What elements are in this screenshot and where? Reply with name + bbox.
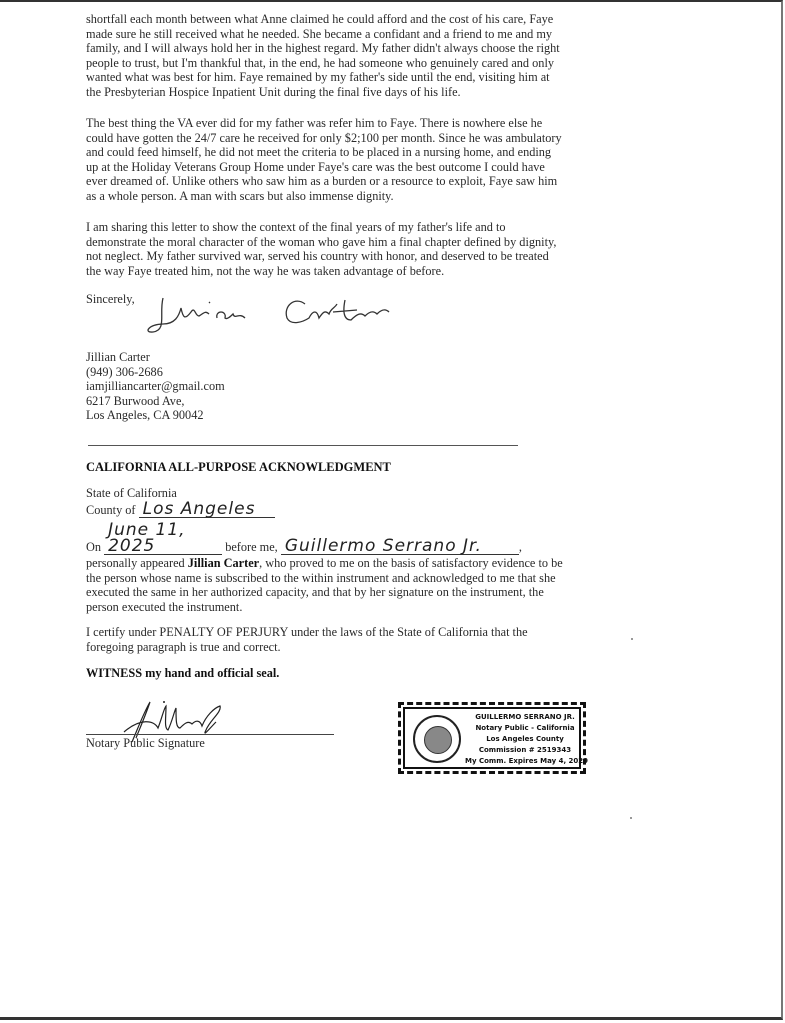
section-divider [88,445,518,446]
signer-name: Jillian Carter [86,350,566,365]
comma: , [519,540,522,554]
signer-email: iamjilliancarter@gmail.com [86,379,566,394]
signer-contact-block: Jillian Carter (949) 306-2686 iamjillian… [86,350,566,423]
county-line: County of Los Angeles [86,501,566,518]
stamp-line-name: GUILLERMO SERRANO JR. [465,712,585,723]
county-value: Los Angeles [139,501,275,518]
signer-street: 6217 Burwood Ave, [86,394,566,409]
venue-block: State of California County of Los Angele… [86,486,566,555]
signer-city: Los Angeles, CA 90042 [86,408,566,423]
signer-phone: (949) 306-2686 [86,365,566,380]
on-label: On [86,540,101,554]
letter-paragraph-3: I am sharing this letter to show the con… [86,220,566,278]
appeared-name: Jillian Carter [188,556,259,570]
notary-name-value: Guillermo Serrano Jr. [281,538,519,555]
letter-paragraph-2: The best thing the VA ever did for my fa… [86,116,566,204]
date-line: On June 11, 2025 before me, Guillermo Se… [86,522,566,555]
handwritten-signature [145,290,425,340]
letter-paragraph-1: shortfall each month between what Anne c… [86,12,566,100]
notary-stamp-text: GUILLERMO SERRANO JR. Notary Public - Ca… [465,712,585,767]
state-seal-icon [413,715,461,763]
stamp-line-expiry: My Comm. Expires May 4, 2029 [465,756,585,767]
scan-speck [630,817,632,819]
document-page: shortfall each month between what Anne c… [0,0,783,1020]
before-me-label: before me, [225,540,278,554]
county-label: County of [86,503,136,517]
body-prefix: personally appeared [86,556,188,570]
stamp-line-county: Los Angeles County [465,734,585,745]
acknowledgment-title: CALIFORNIA ALL-PURPOSE ACKNOWLEDGMENT [86,460,566,475]
stamp-line-commission: Commission # 2519343 [465,745,585,756]
acknowledgment-body: personally appeared Jillian Carter, who … [86,556,566,614]
perjury-statement: I certify under PENALTY OF PERJURY under… [86,625,566,654]
notary-signature-line [86,734,334,735]
notary-stamp: GUILLERMO SERRANO JR. Notary Public - Ca… [398,702,586,774]
date-value: June 11, 2025 [104,522,222,555]
witness-statement: WITNESS my hand and official seal. [86,666,566,681]
scan-speck [631,638,633,640]
stamp-line-title: Notary Public - California [465,723,585,734]
